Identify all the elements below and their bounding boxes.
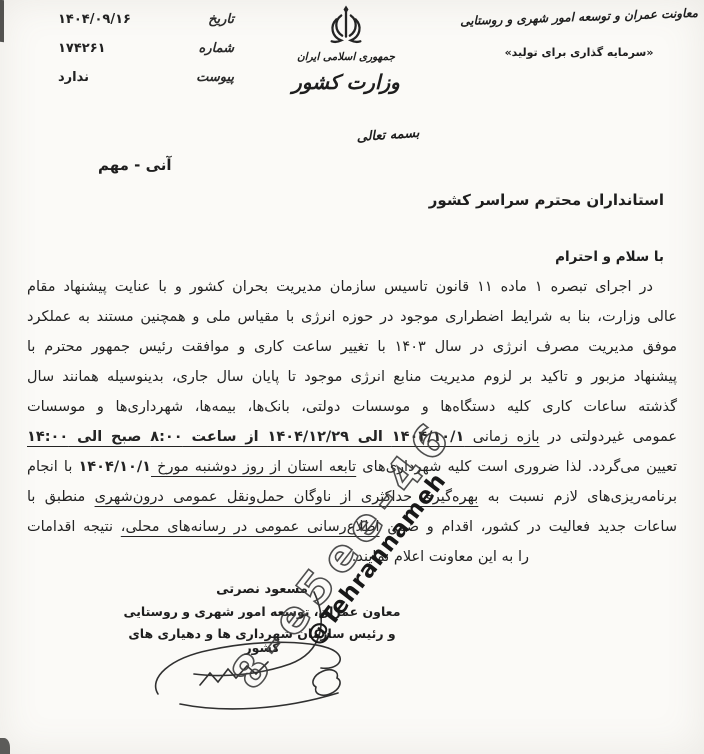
letterhead-center: جمهوری اسلامی ایران وزارت کشور (290, 4, 402, 94)
body-line-7: تعیین می‌گردد. لذا ضروری است کلیه شهردار… (27, 452, 677, 482)
body-line-7-date: ۱۴۰۴/۱۰/۱ (78, 459, 151, 475)
body-line-4: پیشنهاد مزبور و تاکید بر لزوم مدیریت منا… (27, 362, 677, 392)
date-value: ۱۴۰۴/۰۹/۱۶ (58, 12, 131, 27)
ministry-title: وزارت کشور (290, 70, 402, 94)
body-line-9-normal: ساعات جدید فعالیت در کشور، اقدام و ضمن (380, 519, 677, 535)
priority-stamp: آنی - مهم (98, 156, 172, 174)
meta-attachment-row: پیوست ندارد (58, 70, 234, 99)
body-line-1: در اجرای تبصره ۱ ماده ۱۱ قانون تاسیس ساز… (27, 272, 677, 302)
scan-artifact-bottom-left (0, 738, 10, 754)
scanned-official-letter: تاریخ ۱۴۰۴/۰۹/۱۶ شماره ۱۷۴۲۶۱ پیوست ندار… (0, 0, 704, 754)
body-line-3: موفق مدیریت مصرف انرژی در سال ۱۴۰۳ با تغ… (27, 332, 677, 362)
body-line-2: عالی وزارت، بنا به شرایط اضطراری موجود د… (27, 302, 677, 332)
letterhead-right: معاونت عمران و توسعه امور شهری و روستایی… (460, 10, 698, 59)
body-line-5: گذشته ساعات کاری کلیه دستگاه‌ها و موسسات… (27, 392, 677, 422)
body-line-8-tail: منطبق با (27, 489, 95, 505)
attachment-label: پیوست (196, 70, 234, 85)
salutation-line: با سلام و احترام (555, 249, 664, 265)
attachment-value: ندارد (58, 70, 89, 85)
iran-emblem-icon (324, 4, 368, 50)
date-label: تاریخ (208, 12, 234, 27)
scan-artifact-top-left (0, 0, 4, 42)
meta-number-row: شماره ۱۷۴۲۶۱ (58, 41, 234, 70)
number-label: شماره (199, 41, 234, 56)
body-line-6-normal: عمومی غیردولتی در (540, 429, 677, 445)
deputy-title: معاونت عمران و توسعه امور شهری و روستایی (460, 6, 698, 28)
republic-title: جمهوری اسلامی ایران (290, 51, 402, 63)
slogan-text: «سرمایه گذاری برای تولید» (460, 46, 698, 59)
body-line-6-underlined: بازه زمانی (464, 429, 539, 445)
body-line-6: عمومی غیردولتی در بازه زمانی ۱۴۰۴/۱۰/۱ ا… (27, 422, 677, 452)
letter-meta-block: تاریخ ۱۴۰۴/۰۹/۱۶ شماره ۱۷۴۲۶۱ پیوست ندار… (58, 12, 234, 99)
body-line-8-normal: برنامه‌ریزی‌های لازم نسبت به (478, 489, 677, 505)
number-value: ۱۷۴۲۶۱ (58, 41, 106, 56)
bismillah-text: بسمه تعالی (346, 125, 431, 146)
body-line-7-tail: با انجام (27, 459, 78, 475)
body-line-9-tail: نتیجه اقدامات (27, 519, 121, 535)
meta-date-row: تاریخ ۱۴۰۴/۰۹/۱۶ (58, 12, 234, 41)
recipient-line: استانداران محترم سراسر کشور (429, 191, 664, 209)
body-line-7-underlined: تابعه استان از روز دوشنبه مورخ (151, 459, 356, 475)
